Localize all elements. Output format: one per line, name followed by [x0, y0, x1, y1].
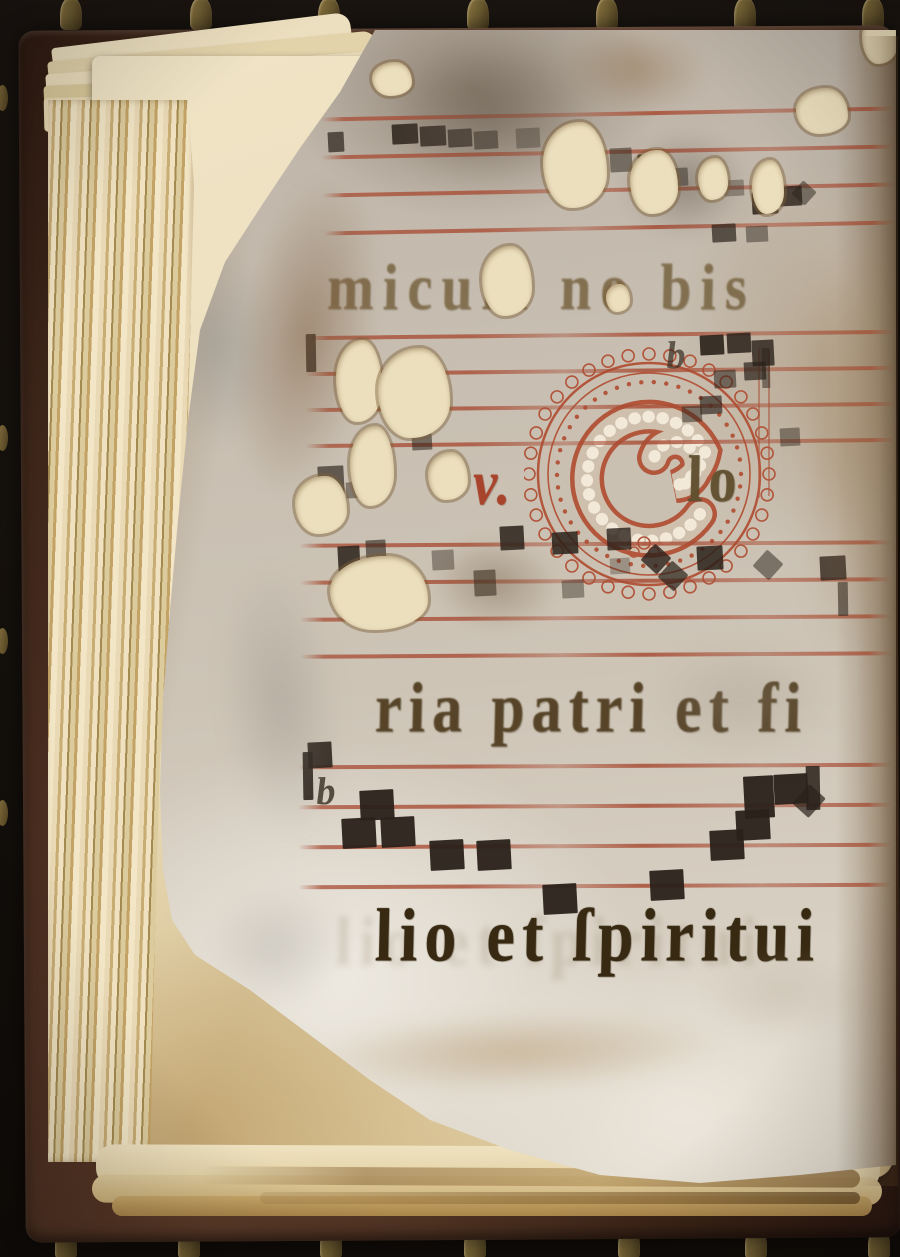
cradle-knob: [0, 85, 8, 111]
cradle-knob: [0, 800, 8, 826]
manuscript-photo: micum no bis v. lo ria patri et fi lio e…: [0, 0, 900, 1257]
stain-patch: [700, 950, 860, 1040]
flat-sign: b: [665, 336, 687, 376]
parchment-hole: [428, 452, 468, 500]
parchment-hole: [752, 160, 784, 214]
neume: [714, 369, 737, 388]
parchment-hole: [372, 62, 412, 96]
neume: [699, 334, 724, 355]
parchment-hole: [796, 88, 848, 134]
neume: [700, 395, 723, 414]
cradle-knob: [0, 628, 8, 654]
parchment-hole: [378, 348, 450, 438]
staff-line: [298, 763, 892, 769]
chant-text-line-1: micum no bis: [326, 250, 756, 326]
neume: [610, 557, 631, 574]
neume: [726, 332, 751, 353]
bottom-edge-stain: [260, 1192, 860, 1204]
neume: [359, 789, 395, 821]
cradle-peg: [190, 0, 212, 30]
parchment-hole: [336, 340, 382, 422]
neume: [542, 883, 578, 915]
stain-patch: [640, 640, 840, 760]
parchment-hole: [698, 158, 728, 200]
parchment-hole: [350, 426, 394, 506]
neume: [562, 579, 585, 598]
neume: [682, 405, 703, 422]
parchment-hole: [543, 122, 607, 208]
rubric-versicle-mark: v.: [472, 446, 513, 519]
stain-patch: [796, 240, 896, 670]
neume: [649, 869, 685, 901]
parchment-hole: [630, 150, 678, 214]
chant-text-after-initial: lo: [686, 442, 743, 518]
neume: [696, 545, 723, 570]
cradle-knob: [0, 425, 8, 451]
neume: [341, 817, 377, 849]
neume: [476, 839, 512, 871]
cradle-peg: [596, 0, 618, 30]
neume-stem: [762, 348, 771, 388]
cradle-peg: [60, 0, 82, 30]
neume: [327, 132, 344, 153]
parchment-hole: [482, 246, 532, 316]
parchment-hole: [606, 284, 630, 312]
neume: [743, 775, 775, 819]
neume: [551, 531, 578, 554]
neume: [606, 527, 631, 550]
cradle-peg: [467, 0, 489, 30]
neume: [380, 816, 416, 848]
neume: [746, 225, 769, 242]
parchment-hole: [295, 476, 347, 534]
staff-line: [298, 883, 892, 889]
parchment-hole: [330, 556, 428, 630]
staff-line: [323, 220, 896, 234]
neume: [429, 839, 465, 871]
